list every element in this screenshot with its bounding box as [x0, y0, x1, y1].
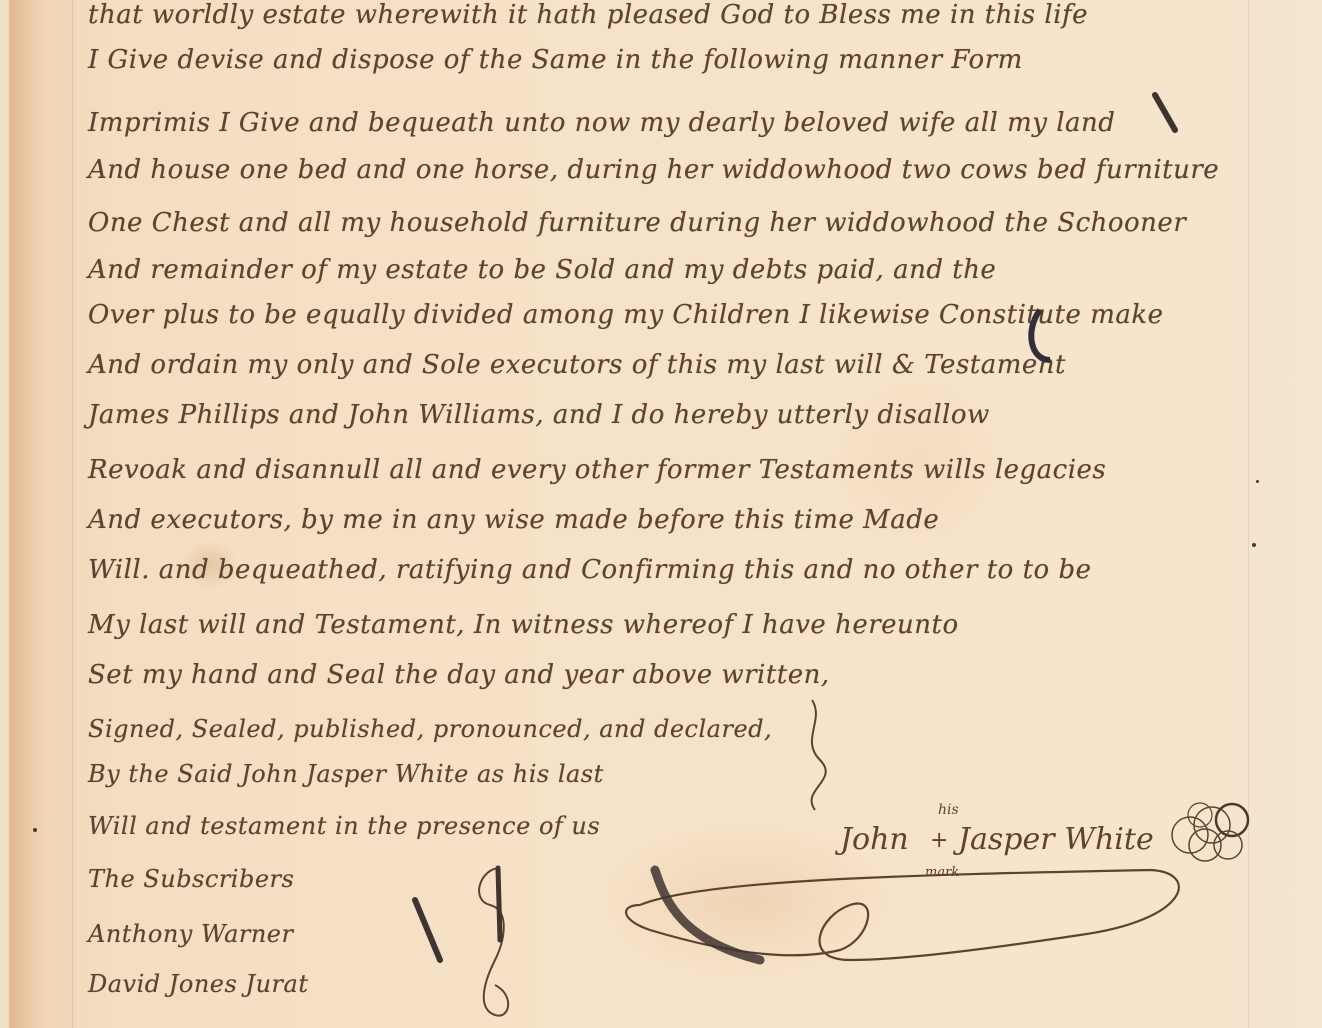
- witness-signature-1: Anthony Warner: [88, 920, 293, 948]
- document-page: that worldly estate wherewith it hath pl…: [0, 0, 1322, 1028]
- attestation-line-4: The Subscribers: [88, 865, 294, 893]
- attestation-line-1: Signed, Sealed, published, pronounced, a…: [88, 715, 772, 743]
- will-line-12: Will. and bequeathed, ratifying and Conf…: [88, 555, 1092, 585]
- will-line-1: that worldly estate wherewith it hath pl…: [88, 0, 1088, 30]
- will-line-4: And house one bed and one horse, during …: [88, 155, 1219, 185]
- will-line-5: One Chest and all my household furniture…: [88, 208, 1186, 238]
- signature-mark-label: mark: [925, 865, 959, 880]
- ink-speck: [1252, 543, 1256, 547]
- will-line-3: Imprimis I Give and bequeath unto now my…: [88, 108, 1115, 138]
- signature-his: his: [938, 802, 959, 818]
- testator-signature: his + mark John Jasper White: [780, 790, 1300, 930]
- attestation-line-2: By the Said John Jasper White as his las…: [88, 760, 604, 788]
- will-line-2: I Give devise and dispose of the Same in…: [88, 45, 1023, 75]
- witness-signature-2: David Jones Jurat: [88, 970, 308, 998]
- signature-first-name: John: [840, 822, 909, 857]
- ink-speck: [33, 828, 37, 832]
- will-line-10: Revoak and disannull all and every other…: [88, 455, 1106, 485]
- will-line-11: And executors, by me in any wise made be…: [88, 505, 939, 535]
- will-line-13: My last will and Testament, In witness w…: [88, 610, 959, 640]
- signature-last-name: Jasper White: [958, 822, 1154, 857]
- will-line-8: And ordain my only and Sole executors of…: [88, 350, 1066, 380]
- will-line-14: Set my hand and Seal the day and year ab…: [88, 660, 830, 690]
- will-line-9: James Phillips and John Williams, and I …: [88, 400, 990, 430]
- ink-speck: [1256, 480, 1259, 483]
- margin-rule: [72, 0, 73, 1028]
- signature-mark-cross: +: [930, 828, 948, 853]
- attestation-line-3: Will and testament in the presence of us: [88, 812, 600, 840]
- wax-seal-icon: [1160, 790, 1260, 870]
- will-line-7: Over plus to be equally divided among my…: [88, 300, 1164, 330]
- will-line-6: And remainder of my estate to be Sold an…: [88, 255, 996, 285]
